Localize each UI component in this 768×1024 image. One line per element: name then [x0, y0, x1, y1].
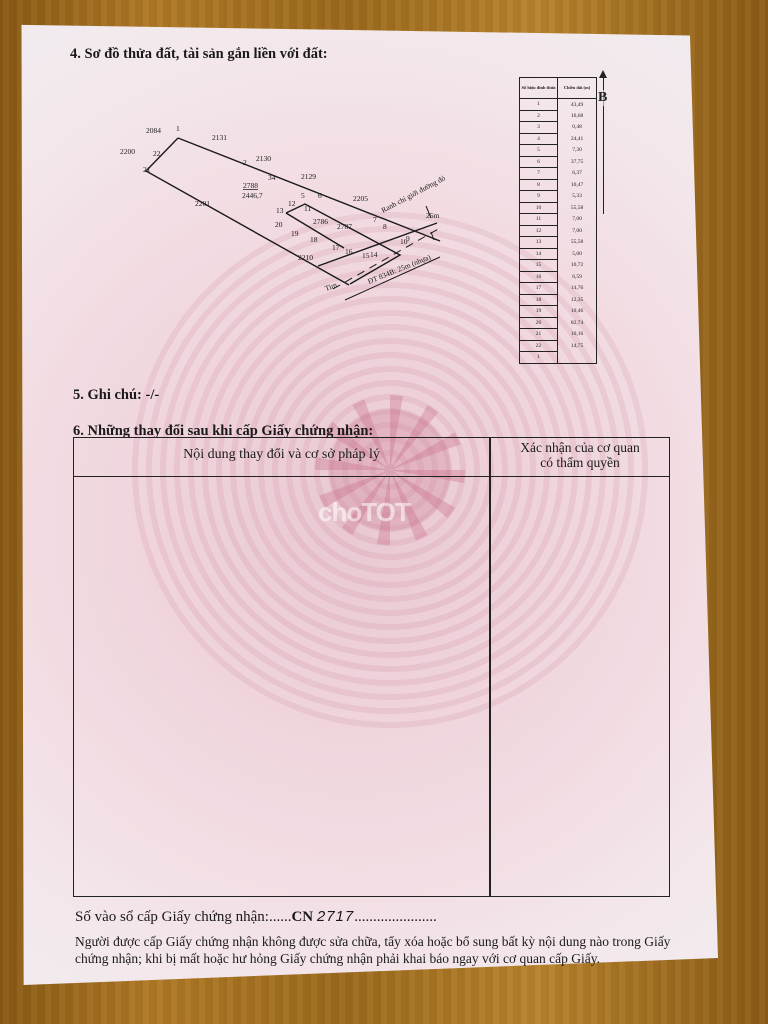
column-divider [489, 438, 491, 896]
col2-header-line2: có thẩm quyền [491, 455, 669, 470]
vertex-point: 5 [520, 145, 558, 157]
vertex-row: 1812,35 [520, 294, 597, 306]
vertex-point: 21 [520, 329, 558, 341]
chotot-watermark: choTOT [318, 497, 410, 528]
segment-length: 10,46 [558, 306, 597, 318]
vertex-point: 14 [520, 248, 558, 260]
svg-text:2210: 2210 [298, 253, 313, 262]
vertex-point: 7 [520, 168, 558, 180]
segment-length [558, 352, 597, 364]
svg-text:1: 1 [176, 124, 180, 133]
vertex-point: 12 [520, 225, 558, 237]
svg-text:2786: 2786 [313, 217, 328, 226]
vertex-point: 1 [520, 352, 558, 364]
vertex-row: 76,37 [520, 168, 597, 180]
svg-text:12: 12 [288, 199, 296, 208]
vertex-point: 19 [520, 306, 558, 318]
segment-length: 14,75 [558, 340, 597, 352]
svg-text:2: 2 [243, 158, 247, 167]
vertex-point: 22 [520, 340, 558, 352]
vertex-row: 810,47 [520, 179, 597, 191]
segment-length: 10,47 [558, 179, 597, 191]
header-length: Chiều dài (m) [558, 78, 597, 99]
vertex-row: 2110,16 [520, 329, 597, 341]
vertex-row: 1 [520, 352, 597, 364]
svg-text:2201: 2201 [195, 199, 210, 208]
vertex-row: 216,68 [520, 110, 597, 122]
vertex-row: 2214,75 [520, 340, 597, 352]
vertex-row: 166,59 [520, 271, 597, 283]
north-label: B [598, 90, 607, 106]
svg-text:18: 18 [310, 235, 318, 244]
dots-after: ...................... [354, 909, 437, 925]
segment-length: 10,72 [558, 260, 597, 272]
vertex-point: 15 [520, 260, 558, 272]
registration-prefix: CN [291, 909, 313, 925]
vertex-row: 2082,74 [520, 317, 597, 329]
svg-text:Tim: Tim [324, 280, 339, 293]
svg-text:16: 16 [345, 247, 353, 256]
vertex-point: 4 [520, 133, 558, 145]
vertex-point: 17 [520, 283, 558, 295]
vertex-row: 1355,58 [520, 237, 597, 249]
vertex-row: 637,75 [520, 156, 597, 168]
svg-text:2787: 2787 [337, 222, 352, 231]
registration-number-line: Số vào sổ cấp Giấy chứng nhận:......CN 2… [75, 908, 437, 926]
svg-text:5: 5 [301, 191, 305, 200]
vertex-row: 127,00 [520, 225, 597, 237]
svg-text:21: 21 [143, 165, 151, 174]
segment-length: 10,16 [558, 329, 597, 341]
col2-header-line1: Xác nhận của cơ quan [491, 440, 669, 455]
section-5-notes: 5. Ghi chú: -/- [73, 387, 159, 404]
vertex-point: 3 [520, 122, 558, 134]
vertex-row: 1910,46 [520, 306, 597, 318]
svg-text:2205: 2205 [353, 194, 368, 203]
svg-text:7: 7 [373, 215, 377, 224]
vertex-point: 6 [520, 156, 558, 168]
svg-text:2131: 2131 [212, 133, 227, 142]
svg-text:14: 14 [370, 250, 378, 259]
segment-length: 7,00 [558, 225, 597, 237]
svg-text:9: 9 [406, 234, 410, 243]
header-point: Số hiệu đỉnh thửa [520, 78, 558, 99]
segment-length: 6,59 [558, 271, 597, 283]
svg-text:13: 13 [276, 206, 284, 215]
svg-text:Ranh chỉ giới đường đỏ: Ranh chỉ giới đường đỏ [380, 173, 447, 214]
vertex-row: 143,49 [520, 99, 597, 111]
vertex-point: 2 [520, 110, 558, 122]
segment-length: 14,76 [558, 283, 597, 295]
segment-length: 0,48 [558, 122, 597, 134]
svg-text:22: 22 [153, 149, 161, 158]
vertex-row: 145,00 [520, 248, 597, 260]
segment-length: 5,33 [558, 191, 597, 203]
vertex-point: 13 [520, 237, 558, 249]
vertex-point: 10 [520, 202, 558, 214]
col-content-header: Nội dung thay đổi và cơ sở pháp lý [74, 447, 489, 463]
vertex-row: 1714,76 [520, 283, 597, 295]
vertex-row: 1055,58 [520, 202, 597, 214]
svg-text:19: 19 [291, 229, 299, 238]
vertex-row: 117,00 [520, 214, 597, 226]
svg-text:6: 6 [318, 191, 322, 200]
svg-text:25m: 25m [426, 211, 440, 220]
diagram-labels: 2084 2131 2200 1 22 21 2130 2 34 2129 27… [120, 124, 447, 293]
legal-notice: Người được cấp Giấy chứng nhận không đượ… [75, 933, 695, 967]
vertex-point: 8 [520, 179, 558, 191]
vertex-point: 11 [520, 214, 558, 226]
segment-length: 16,68 [558, 110, 597, 122]
svg-text:15: 15 [362, 251, 370, 260]
segment-length: 24,41 [558, 133, 597, 145]
segment-length: 37,75 [558, 156, 597, 168]
svg-text:11: 11 [304, 204, 311, 213]
vertex-row: 95,33 [520, 191, 597, 203]
segment-length: 5,00 [558, 248, 597, 260]
svg-text:2084: 2084 [146, 126, 161, 135]
segment-length: 12,35 [558, 294, 597, 306]
segment-length: 43,49 [558, 99, 597, 111]
svg-text:2200: 2200 [120, 147, 135, 156]
registration-label: Số vào sổ cấp Giấy chứng nhận: [75, 909, 269, 925]
segment-length: 6,37 [558, 168, 597, 180]
vertex-row: 57,30 [520, 145, 597, 157]
dots: ...... [269, 909, 292, 925]
vertex-point: 20 [520, 317, 558, 329]
segment-length: 82,74 [558, 317, 597, 329]
svg-text:2446,7: 2446,7 [242, 191, 263, 200]
north-arrow-icon [599, 70, 607, 78]
svg-text:2788: 2788 [243, 181, 258, 190]
svg-text:8: 8 [383, 222, 387, 231]
vertex-point: 18 [520, 294, 558, 306]
vertex-row: 1510,72 [520, 260, 597, 272]
vertex-point: 9 [520, 191, 558, 203]
segment-length: 7,30 [558, 145, 597, 157]
vertex-point: 1 [520, 99, 558, 111]
vertex-point: 16 [520, 271, 558, 283]
segment-length: 55,58 [558, 237, 597, 249]
svg-text:20: 20 [275, 220, 283, 229]
vertex-row: 424,41 [520, 133, 597, 145]
registration-number: 2717 [317, 908, 354, 925]
svg-text:2129: 2129 [301, 172, 316, 181]
col-confirmation-header: Xác nhận của cơ quan có thẩm quyền [491, 440, 669, 470]
svg-text:17: 17 [332, 243, 340, 252]
segment-length: 55,58 [558, 202, 597, 214]
svg-text:2130: 2130 [256, 154, 271, 163]
svg-text:34: 34 [268, 173, 276, 182]
vertex-row: 30,48 [520, 122, 597, 134]
vertex-length-table: Số hiệu đỉnh thửa Chiều dài (m) 143,4921… [519, 77, 597, 364]
segment-length: 7,00 [558, 214, 597, 226]
